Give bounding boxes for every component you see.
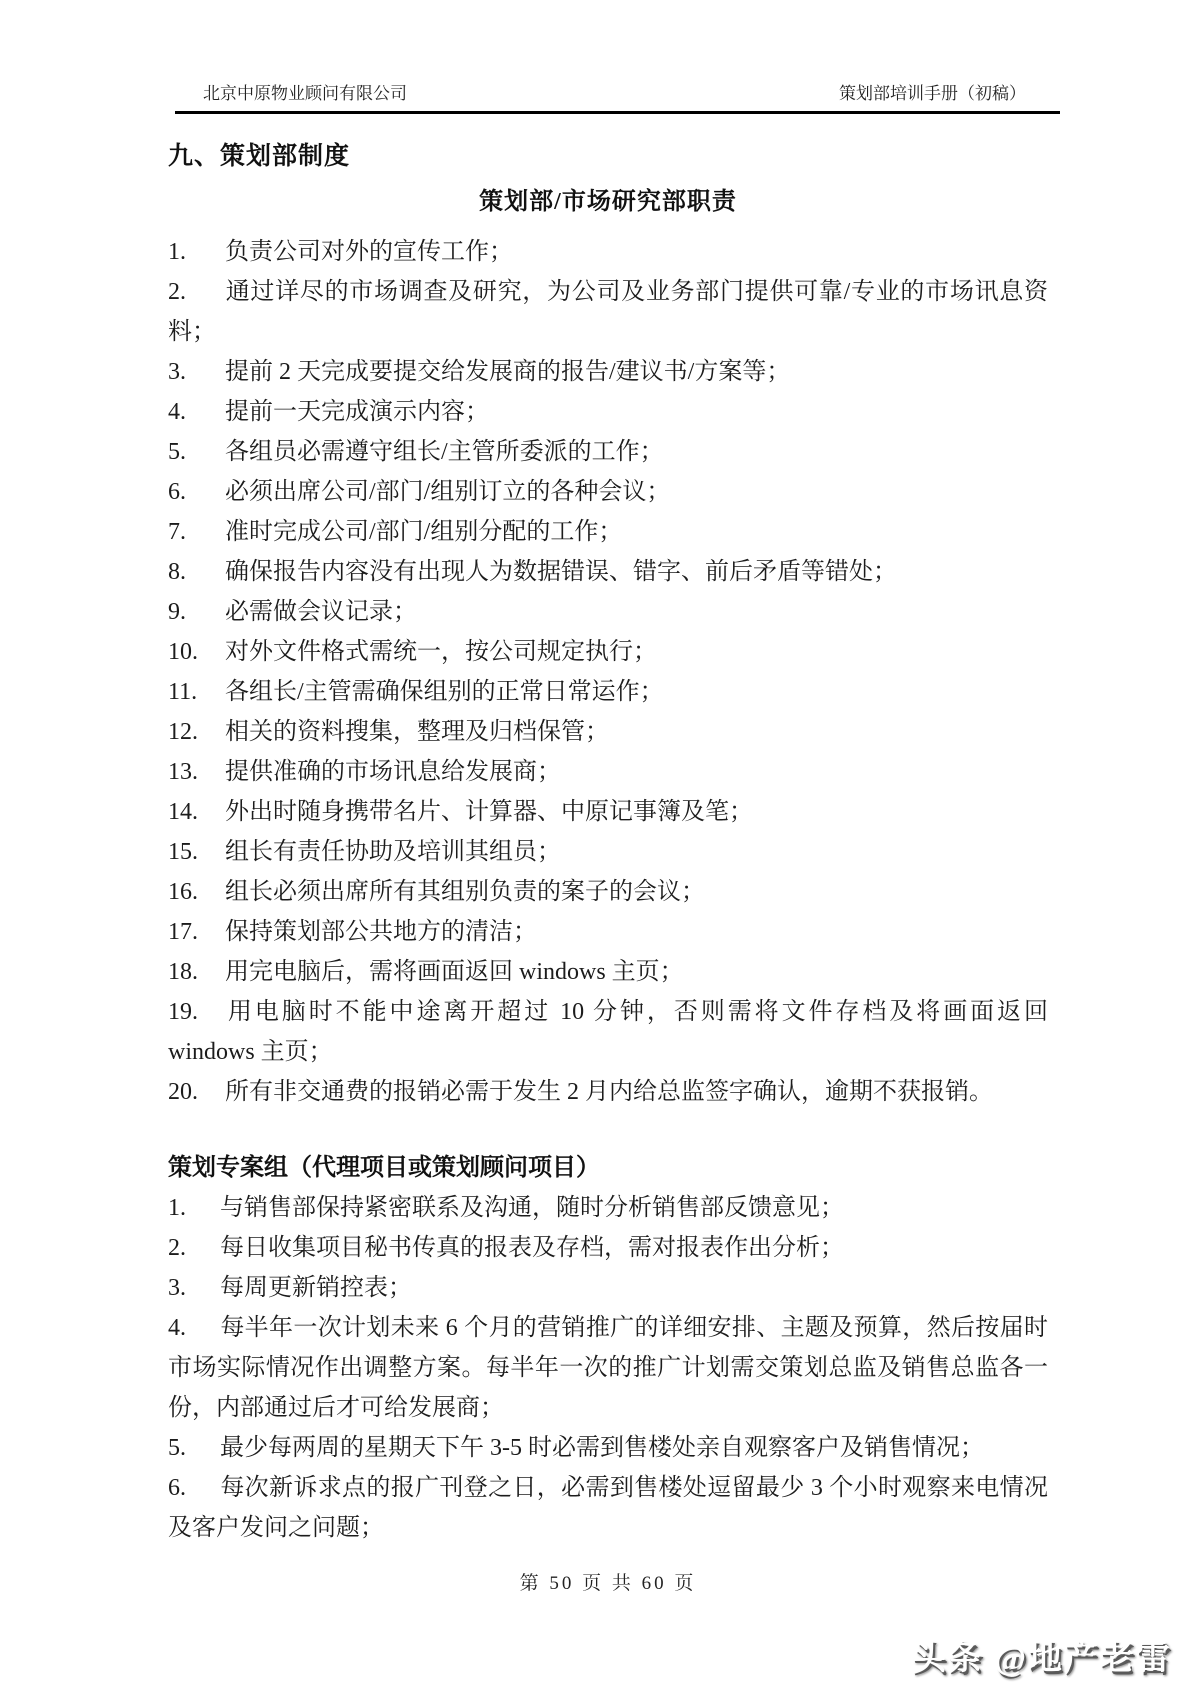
list-item: 1.与销售部保持紧密联系及沟通，随时分析销售部反馈意见； bbox=[168, 1188, 1048, 1228]
list-item: 19.用电脑时不能中途离开超过 10 分钟，否则需将文件存档及将画面返回 win… bbox=[168, 992, 1048, 1072]
list-item: 9.必需做会议记录； bbox=[168, 592, 1048, 632]
list-item: 20.所有非交通费的报销必需于发生 2 月内给总监签字确认，逾期不获报销。 bbox=[168, 1072, 1048, 1112]
sections-container: 策划部/市场研究部职责1.负责公司对外的宣传工作；2.通过详尽的市场调查及研究，… bbox=[168, 184, 1048, 1548]
item-text: 准时完成公司/部门/组别分配的工作； bbox=[225, 519, 622, 545]
item-number: 8. bbox=[168, 552, 225, 592]
item-text: 各组长/主管需确保组别的正常日常运作； bbox=[225, 679, 664, 705]
page-header: 北京中原物业顾问有限公司 策划部培训手册（初稿） bbox=[175, 84, 1060, 114]
list-item: 3.每周更新销控表； bbox=[168, 1268, 1048, 1308]
page-number-footer: 第 50 页 共 60 页 bbox=[168, 1568, 1048, 1595]
item-number: 1. bbox=[168, 1188, 220, 1228]
list-item: 7.准时完成公司/部门/组别分配的工作； bbox=[168, 512, 1048, 552]
item-number: 11. bbox=[168, 672, 225, 712]
item-number: 18. bbox=[168, 952, 225, 992]
document-body: 九、策划部制度 策划部/市场研究部职责1.负责公司对外的宣传工作；2.通过详尽的… bbox=[168, 140, 1048, 1548]
section-project-team: 策划专案组（代理项目或策划顾问项目）1.与销售部保持紧密联系及沟通，随时分析销售… bbox=[168, 1148, 1048, 1548]
item-text: 提前 2 天完成要提交给发展商的报告/建议书/方案等； bbox=[225, 359, 790, 385]
item-text: 确保报告内容没有出现人为数据错误、错字、前后矛盾等错处； bbox=[225, 559, 897, 585]
item-text: 用完电脑后，需将画面返回 windows 主页； bbox=[225, 959, 684, 985]
item-number: 5. bbox=[168, 432, 225, 472]
list-item: 5.各组员必需遵守组长/主管所委派的工作； bbox=[168, 432, 1048, 472]
item-text: 最少每两周的星期天下午 3-5 时必需到售楼处亲自观察客户及销售情况； bbox=[220, 1435, 984, 1461]
item-number: 5. bbox=[168, 1428, 220, 1468]
item-text: 每半年一次计划未来 6 个月的营销推广的详细安排、主题及预算，然后按届时市场实际… bbox=[168, 1315, 1048, 1421]
item-number: 17. bbox=[168, 912, 225, 952]
item-number: 10. bbox=[168, 632, 225, 672]
item-number: 1. bbox=[168, 232, 225, 272]
item-text: 必须出席公司/部门/组别订立的各种会议； bbox=[225, 479, 670, 505]
section-department-duties: 策划部/市场研究部职责1.负责公司对外的宣传工作；2.通过详尽的市场调查及研究，… bbox=[168, 184, 1048, 1112]
item-number: 3. bbox=[168, 352, 225, 392]
item-text: 负责公司对外的宣传工作； bbox=[225, 239, 513, 265]
item-text: 对外文件格式需统一，按公司规定执行； bbox=[225, 639, 657, 665]
list-item: 5.最少每两周的星期天下午 3-5 时必需到售楼处亲自观察客户及销售情况； bbox=[168, 1428, 1048, 1468]
item-text: 各组员必需遵守组长/主管所委派的工作； bbox=[225, 439, 664, 465]
list-item: 14.外出时随身携带名片、计算器、中原记事簿及笔； bbox=[168, 792, 1048, 832]
header-row: 北京中原物业顾问有限公司 策划部培训手册（初稿） bbox=[175, 84, 1060, 104]
list-item: 3.提前 2 天完成要提交给发展商的报告/建议书/方案等； bbox=[168, 352, 1048, 392]
list-item: 15.组长有责任协助及培训其组员； bbox=[168, 832, 1048, 872]
item-text: 组长必须出席所有其组别负责的案子的会议； bbox=[225, 879, 705, 905]
item-number: 15. bbox=[168, 832, 225, 872]
list-item: 4.每半年一次计划未来 6 个月的营销推广的详细安排、主题及预算，然后按届时市场… bbox=[168, 1308, 1048, 1428]
list-item: 6.必须出席公司/部门/组别订立的各种会议； bbox=[168, 472, 1048, 512]
watermark-text: 头条 @地产老雷 bbox=[912, 1630, 1172, 1679]
list-item: 18.用完电脑后，需将画面返回 windows 主页； bbox=[168, 952, 1048, 992]
item-text: 所有非交通费的报销必需于发生 2 月内给总监签字确认，逾期不获报销。 bbox=[225, 1079, 993, 1105]
list-item: 8.确保报告内容没有出现人为数据错误、错字、前后矛盾等错处； bbox=[168, 552, 1048, 592]
item-text: 外出时随身携带名片、计算器、中原记事簿及笔； bbox=[225, 799, 753, 825]
section-heading: 策划专案组（代理项目或策划顾问项目） bbox=[168, 1148, 1048, 1188]
item-number: 9. bbox=[168, 592, 225, 632]
list-item: 1.负责公司对外的宣传工作； bbox=[168, 232, 1048, 272]
item-text: 与销售部保持紧密联系及沟通，随时分析销售部反馈意见； bbox=[220, 1195, 844, 1221]
item-number: 6. bbox=[168, 472, 225, 512]
list-item: 12.相关的资料搜集，整理及归档保管； bbox=[168, 712, 1048, 752]
item-number: 4. bbox=[168, 1308, 220, 1348]
list-item: 10.对外文件格式需统一，按公司规定执行； bbox=[168, 632, 1048, 672]
item-number: 19. bbox=[168, 992, 225, 1032]
item-number: 20. bbox=[168, 1072, 225, 1112]
item-text: 通过详尽的市场调查及研究，为公司及业务部门提供可靠/专业的市场讯息资料； bbox=[168, 279, 1048, 345]
list-item: 13.提供准确的市场讯息给发展商； bbox=[168, 752, 1048, 792]
item-number: 14. bbox=[168, 792, 225, 832]
list-item: 4.提前一天完成演示内容； bbox=[168, 392, 1048, 432]
chapter-title: 九、策划部制度 bbox=[168, 140, 1048, 174]
list-item: 2.通过详尽的市场调查及研究，为公司及业务部门提供可靠/专业的市场讯息资料； bbox=[168, 272, 1048, 352]
item-number: 2. bbox=[168, 1228, 220, 1268]
list-item: 6.每次新诉求点的报广刊登之日，必需到售楼处逗留最少 3 个小时观察来电情况及客… bbox=[168, 1468, 1048, 1548]
item-text: 保持策划部公共地方的清洁； bbox=[225, 919, 537, 945]
item-text: 每次新诉求点的报广刊登之日，必需到售楼处逗留最少 3 个小时观察来电情况及客户发… bbox=[168, 1475, 1048, 1541]
item-text: 每周更新销控表； bbox=[220, 1275, 412, 1301]
list-item: 2.每日收集项目秘书传真的报表及存档，需对报表作出分析； bbox=[168, 1228, 1048, 1268]
item-number: 2. bbox=[168, 272, 225, 312]
item-number: 13. bbox=[168, 752, 225, 792]
list-item: 16.组长必须出席所有其组别负责的案子的会议； bbox=[168, 872, 1048, 912]
item-number: 16. bbox=[168, 872, 225, 912]
item-number: 4. bbox=[168, 392, 225, 432]
item-text: 提供准确的市场讯息给发展商； bbox=[225, 759, 561, 785]
header-company-name: 北京中原物业顾问有限公司 bbox=[203, 84, 407, 104]
item-text: 组长有责任协助及培训其组员； bbox=[225, 839, 561, 865]
item-number: 7. bbox=[168, 512, 225, 552]
header-rule bbox=[175, 111, 1060, 114]
item-text: 用电脑时不能中途离开超过 10 分钟，否则需将文件存档及将画面返回 window… bbox=[168, 999, 1048, 1065]
item-number: 6. bbox=[168, 1468, 220, 1508]
item-number: 3. bbox=[168, 1268, 220, 1308]
list-item: 11.各组长/主管需确保组别的正常日常运作； bbox=[168, 672, 1048, 712]
item-text: 每日收集项目秘书传真的报表及存档，需对报表作出分析； bbox=[220, 1235, 844, 1261]
header-doc-title: 策划部培训手册（初稿） bbox=[839, 84, 1026, 104]
item-text: 提前一天完成演示内容； bbox=[225, 399, 489, 425]
section-heading: 策划部/市场研究部职责 bbox=[168, 184, 1048, 220]
list-item: 17.保持策划部公共地方的清洁； bbox=[168, 912, 1048, 952]
item-number: 12. bbox=[168, 712, 225, 752]
item-text: 必需做会议记录； bbox=[225, 599, 417, 625]
document-page: 北京中原物业顾问有限公司 策划部培训手册（初稿） 九、策划部制度 策划部/市场研… bbox=[0, 0, 1200, 1697]
item-text: 相关的资料搜集，整理及归档保管； bbox=[225, 719, 609, 745]
